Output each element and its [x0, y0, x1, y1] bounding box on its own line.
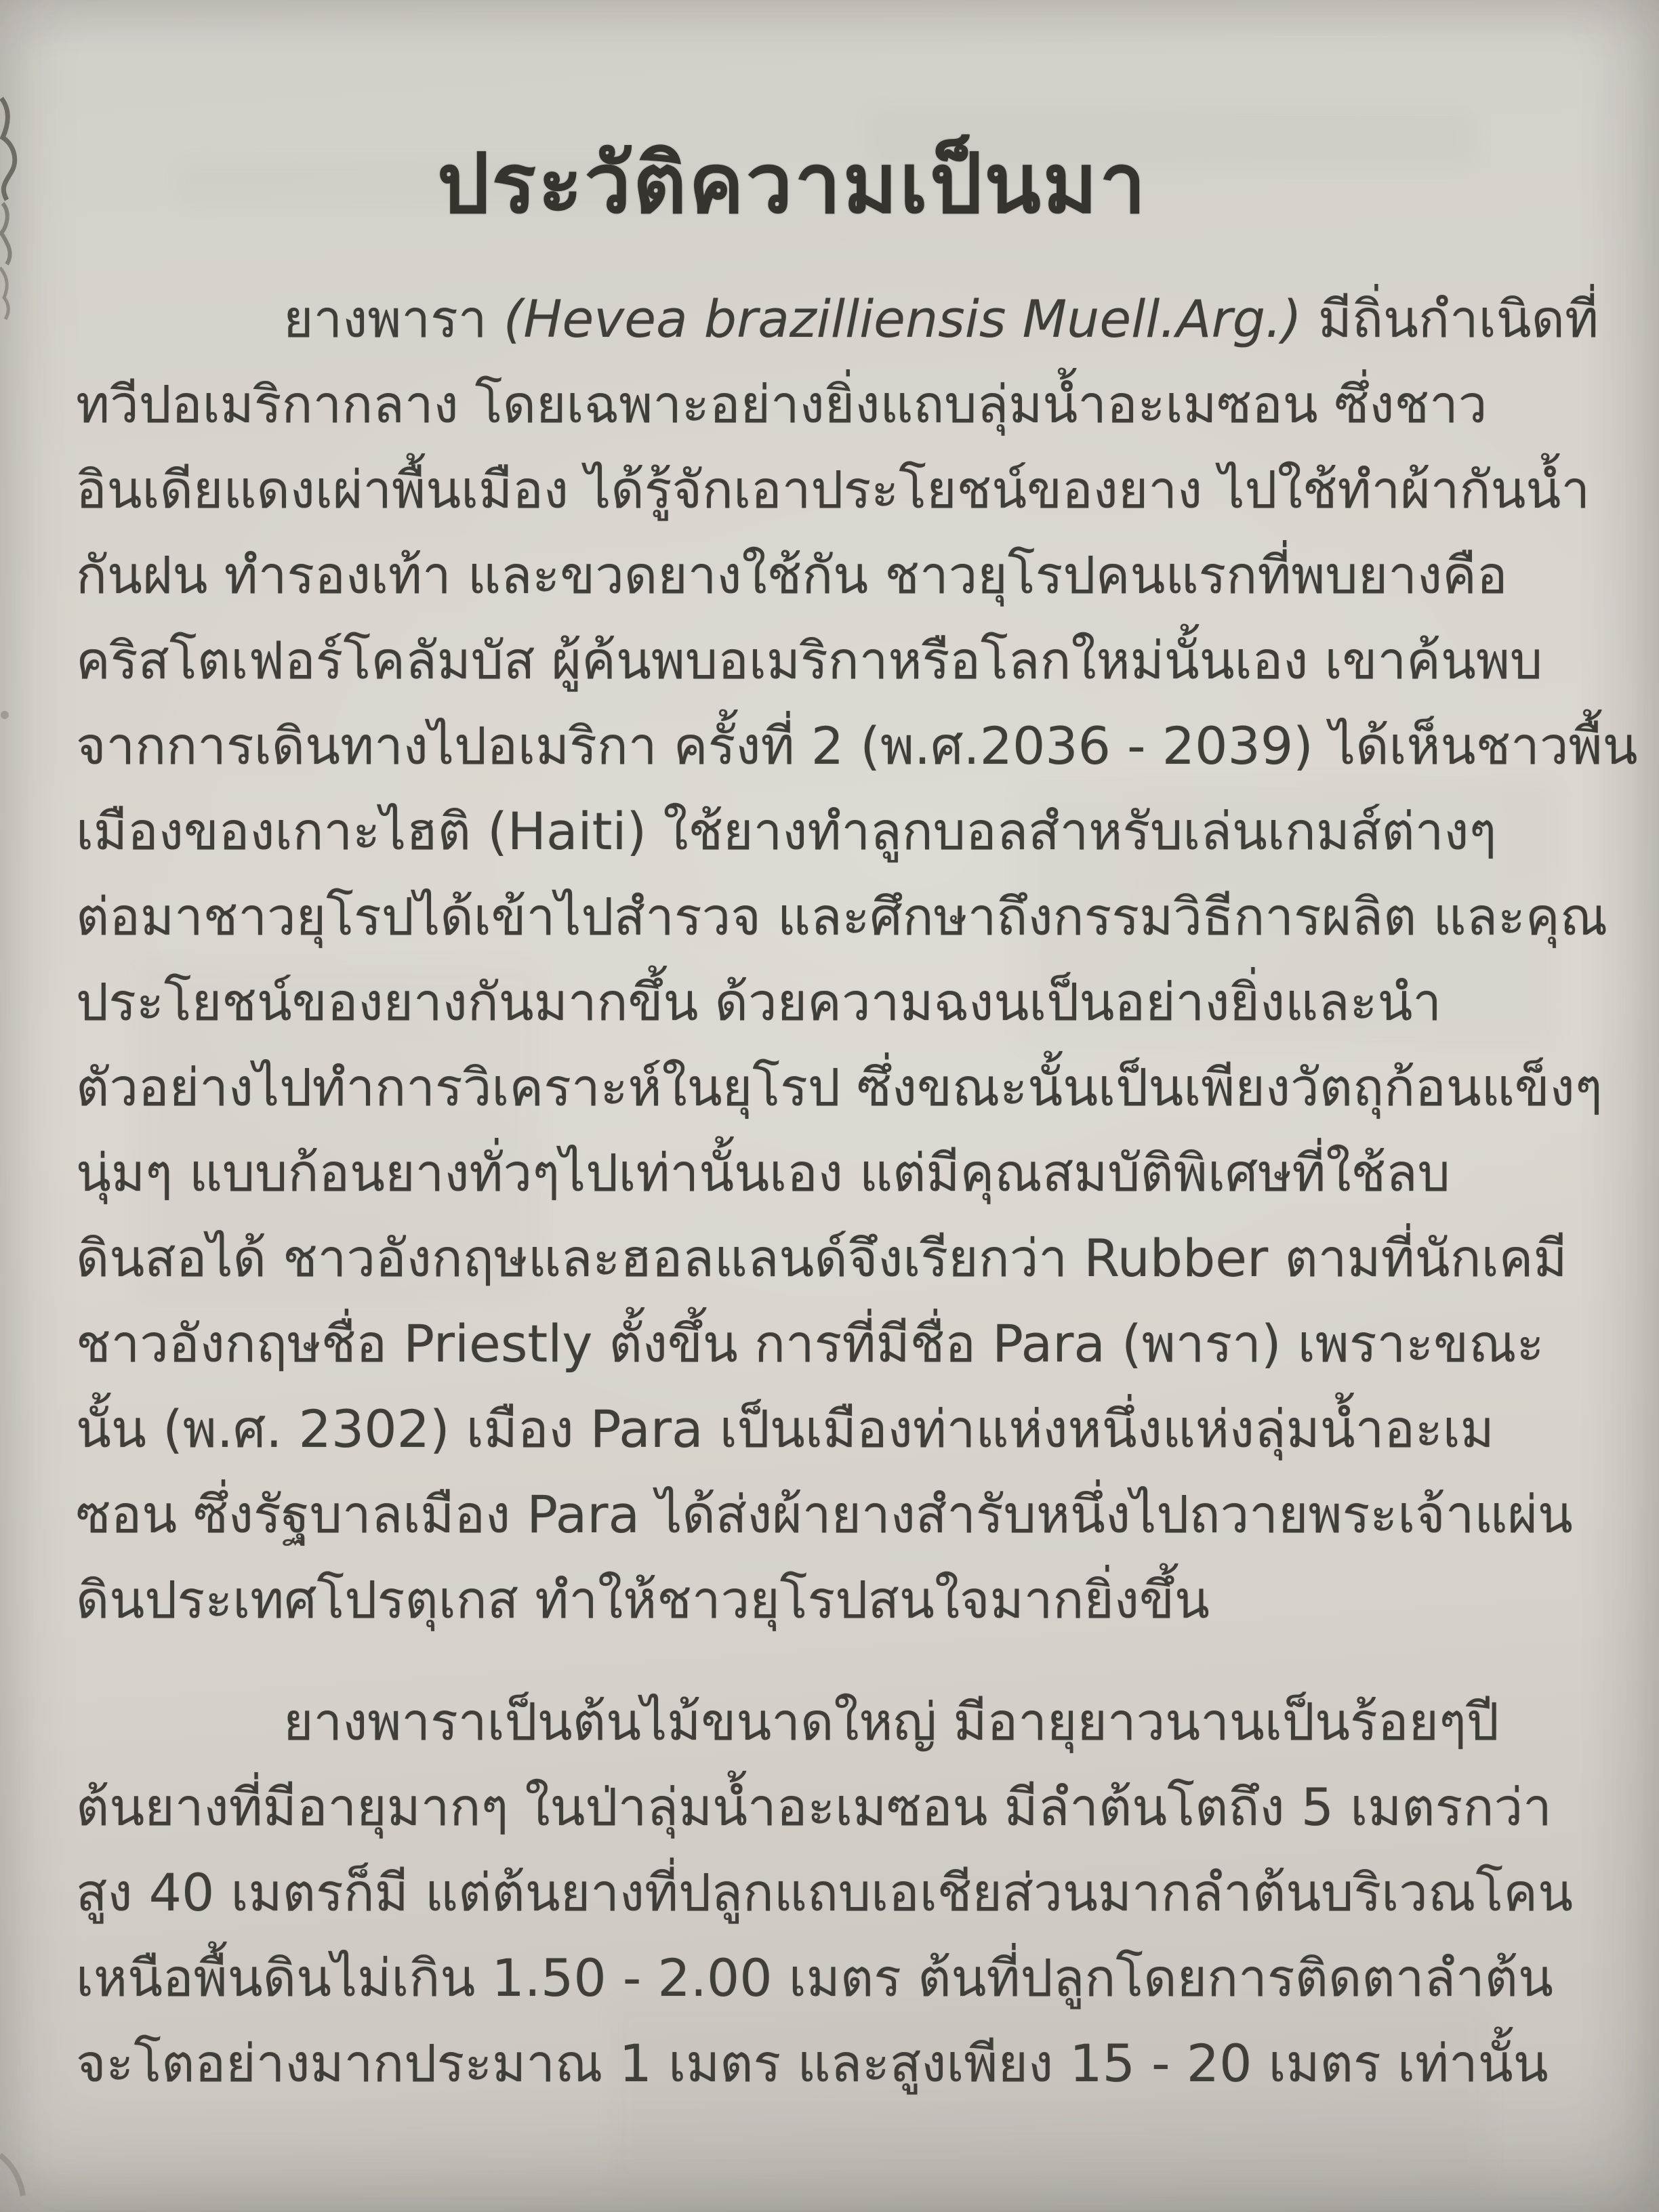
text-line: นั้น (พ.ศ. 2302) เมือง Para เป็นเมืองท่า… [76, 1387, 1598, 1472]
text-line: จากการเดินทางไปอเมริกา ครั้งที่ 2 (พ.ศ.2… [76, 703, 1598, 789]
text-line: ดินประเทศโปรตุเกส ทำให้ชาวยุโรปสนใจมากยิ… [76, 1557, 1598, 1643]
species-name: (Hevea brazilliensis Muell.Arg.) [504, 289, 1302, 349]
page-body: ยางพารา (Hevea brazilliensis Muell.Arg.)… [76, 276, 1598, 2106]
text-line: อินเดียแดงเผ่าพื้นเมือง ได้รู้จักเอาประโ… [76, 447, 1598, 533]
text-line: คริสโตเฟอร์โคลัมบัส ผู้ค้นพบอเมริกาหรือโ… [76, 618, 1598, 703]
text-line: ซอน ซึ่งรัฐบาลเมือง Para ได้ส่งผ้ายางสำร… [76, 1472, 1598, 1557]
text-line: จะโตอย่างมากประมาณ 1 เมตร และสูงเพียง 15… [76, 2021, 1598, 2106]
text-line: สูง 40 เมตรก็มี แต่ต้นยางที่ปลูกแถบเอเชี… [76, 1850, 1598, 1935]
text-line: ดินสอได้ ชาวอังกฤษและฮอลแลนด์จึงเรียกว่า… [76, 1216, 1598, 1301]
text-line: ต้นยางที่มีอายุมากๆ ในป่าลุ่มน้ำอะเมซอน … [76, 1765, 1598, 1850]
text-line: ยางพารา (Hevea brazilliensis Muell.Arg.)… [76, 276, 1598, 362]
page-edge-marks-icon [0, 0, 81, 2212]
text-line: เมืองของเกาะไฮติ (Haiti) ใช้ยางทำลูกบอลส… [76, 789, 1598, 874]
text-line: ต่อมาชาวยุโรปได้เข้าไปสำรวจ และศึกษาถึงก… [76, 874, 1598, 960]
text-line: ตัวอย่างไปทำการวิเคราะห์ในยุโรป ซึ่งขณะน… [76, 1045, 1598, 1130]
text-line: กันฝน ทำรองเท้า และขวดยางใช้กัน ชาวยุโรป… [76, 533, 1598, 618]
text-line: ประโยชน์ของยางกันมากขึ้น ด้วยความฉงนเป็น… [76, 960, 1598, 1045]
line-text: ยางพารา [283, 289, 504, 349]
text-line: ชาวอังกฤษชื่อ Priestly ตั้งขึ้น การที่มี… [76, 1301, 1598, 1387]
line-text: มีถิ่นกำเนิดที่ [1302, 289, 1599, 349]
scanned-book-page: ประวัติความเป็นมา ยางพารา (Hevea brazill… [0, 0, 1659, 2212]
text-line: ทวีปอเมริกากลาง โดยเฉพาะอย่างยิ่งแถบลุ่ม… [76, 362, 1598, 447]
text-line: ยางพาราเป็นต้นไม้ขนาดใหญ่ มีอายุยาวนานเป… [76, 1679, 1598, 1765]
text-line: เหนือพื้นดินไม่เกิน 1.50 - 2.00 เมตร ต้น… [76, 1935, 1598, 2021]
text-line: นุ่มๆ แบบก้อนยางทั่วๆไปเท่านั้นเอง แต่มี… [76, 1130, 1598, 1216]
page-title: ประวัติความเป็นมา [437, 133, 1148, 234]
